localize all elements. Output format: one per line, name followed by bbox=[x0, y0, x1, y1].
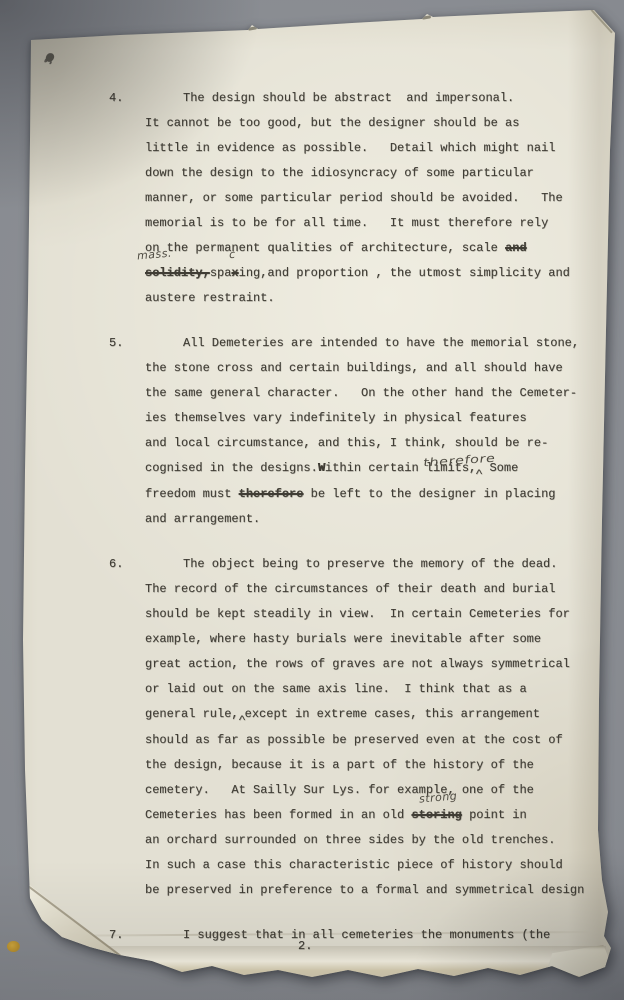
paragraph: 5.All Demeteries are intended to have th… bbox=[145, 331, 615, 532]
typed-line: The object being to preserve the memory … bbox=[145, 552, 615, 577]
cut-corner-top-right bbox=[591, 9, 613, 33]
typed-text: I suggest that in all cemeteries the mon… bbox=[183, 928, 550, 942]
typed-text: be left to the designer in placing bbox=[303, 487, 555, 501]
typed-line: cemetery. At Sailly Sur Lys. for example… bbox=[145, 778, 615, 803]
typed-text: or laid out on the same axis line. I thi… bbox=[145, 682, 527, 696]
typed-text: down the design to the idiosyncracy of s… bbox=[145, 166, 534, 180]
paragraph-number: 7. bbox=[109, 923, 123, 948]
typed-text: should be kept steadily in view. In cert… bbox=[145, 607, 570, 621]
typed-line: memorial is to be for all time. It must … bbox=[145, 211, 615, 236]
typed-text-layer: 4.The design should be abstract and impe… bbox=[145, 86, 615, 968]
scanned-document-backdrop: 4.The design should be abstract and impe… bbox=[0, 0, 624, 1000]
struck-text: solidity,mass. bbox=[145, 266, 210, 280]
typed-line: In such a case this characteristic piece… bbox=[145, 853, 615, 878]
edge-tear-notch bbox=[248, 26, 257, 31]
paragraph-list: 4.The design should be abstract and impe… bbox=[145, 86, 615, 948]
struck-text: xc bbox=[231, 266, 238, 280]
typed-line: and local circumstance, and this, I thin… bbox=[145, 431, 615, 456]
paragraph: 7.I suggest that in all cemeteries the m… bbox=[145, 923, 615, 948]
typed-line: I suggest that in all cemeteries the mon… bbox=[145, 923, 615, 948]
typed-text: All Demeteries are intended to have the … bbox=[183, 336, 579, 350]
typed-line: The design should be abstract and impers… bbox=[145, 86, 615, 111]
typed-line: the stone cross and certain buildings, a… bbox=[145, 356, 615, 381]
typed-text: Some bbox=[482, 461, 518, 475]
document-page: 4.The design should be abstract and impe… bbox=[0, 0, 624, 1000]
typed-line: down the design to the idiosyncracy of s… bbox=[145, 161, 615, 186]
typed-line: on the permanent qualities of architectu… bbox=[145, 236, 615, 261]
paper-shadow-wrap: 4.The design should be abstract and impe… bbox=[0, 0, 624, 1000]
typed-text: be preserved in preference to a formal a… bbox=[145, 883, 584, 897]
typed-text: Cemeteries has been formed in an old bbox=[145, 808, 411, 822]
typed-text: freedom must bbox=[145, 487, 239, 501]
handwritten-annotation: mass. bbox=[136, 241, 173, 269]
typed-line: the design, because it is a part of the … bbox=[145, 753, 615, 778]
typed-line: solidity,mass.spaxcing,and proportion , … bbox=[145, 261, 615, 286]
typed-line: little in evidence as possible. Detail w… bbox=[145, 136, 615, 161]
typed-line: austere restraint. bbox=[145, 286, 615, 311]
typed-text: ies themselves vary indefinitely in phys… bbox=[145, 411, 527, 425]
typed-line: the same general character. On the other… bbox=[145, 381, 615, 406]
typed-text: the stone cross and certain buildings, a… bbox=[145, 361, 563, 375]
typed-text: W bbox=[318, 461, 325, 475]
typed-line: manner, or some particular period should… bbox=[145, 186, 615, 211]
struck-text: therefore bbox=[239, 487, 304, 501]
typed-line: should as far as possible be preserved e… bbox=[145, 728, 615, 753]
typed-line: and arrangement. bbox=[145, 507, 615, 532]
typed-text: the design, because it is a part of the … bbox=[145, 758, 534, 772]
struck-text: storingstrong bbox=[411, 808, 461, 822]
struck-text: and bbox=[505, 241, 527, 255]
typed-text: little in evidence as possible. Detail w… bbox=[145, 141, 555, 155]
typed-line: general rule,^except in extreme cases, t… bbox=[145, 702, 615, 728]
edge-tear-notch bbox=[422, 15, 431, 20]
handwritten-annotation: strong bbox=[418, 783, 458, 811]
typed-text: cemetery. At Sailly Sur Lys. for example… bbox=[145, 783, 534, 797]
typed-line: The record of the circumstances of their… bbox=[145, 577, 615, 602]
typed-text: ing,and proportion , the utmost simplici… bbox=[239, 266, 570, 280]
typed-text: The object being to preserve the memory … bbox=[183, 557, 557, 571]
paragraph: 4.The design should be abstract and impe… bbox=[145, 86, 615, 311]
typed-text: It cannot be too good, but the designer … bbox=[145, 116, 519, 130]
typed-text: the same general character. On the other… bbox=[145, 386, 577, 400]
typed-text: should as far as possible be preserved e… bbox=[145, 733, 563, 747]
typed-line: All Demeteries are intended to have the … bbox=[145, 331, 615, 356]
typed-text: except in extreme cases, this arrangemen… bbox=[245, 707, 540, 721]
typed-text: example, where hasty burials were inevit… bbox=[145, 632, 541, 646]
ink-blot-mark bbox=[45, 52, 55, 63]
typed-line: be preserved in preference to a formal a… bbox=[145, 878, 615, 903]
paragraph-number: 6. bbox=[109, 552, 123, 577]
typed-line: should be kept steadily in view. In cert… bbox=[145, 602, 615, 627]
paragraph-number: 4. bbox=[109, 86, 123, 111]
typed-line: cognised in the designs.Within certain l… bbox=[145, 456, 615, 482]
typed-text: general rule, bbox=[145, 707, 239, 721]
typed-line: It cannot be too good, but the designer … bbox=[145, 111, 615, 136]
typed-text: The record of the circumstances of their… bbox=[145, 582, 555, 596]
typed-line: or laid out on the same axis line. I thi… bbox=[145, 677, 615, 702]
typed-line: ies themselves vary indefinitely in phys… bbox=[145, 406, 615, 431]
typed-line: an orchard surrounded on three sides by … bbox=[145, 828, 615, 853]
typed-text: on the permanent qualities of architectu… bbox=[145, 241, 505, 255]
typed-text: memorial is to be for all time. It must … bbox=[145, 216, 548, 230]
typed-text: point in bbox=[462, 808, 527, 822]
typed-text: cognised in the designs. bbox=[145, 461, 318, 475]
typed-text: spa bbox=[210, 266, 232, 280]
paragraph-number: 5. bbox=[109, 331, 123, 356]
typed-line: freedom must therefore be left to the de… bbox=[145, 482, 615, 507]
page-number: 2. bbox=[298, 939, 312, 953]
paragraph: 6.The object being to preserve the memor… bbox=[145, 552, 615, 903]
typed-text: manner, or some particular period should… bbox=[145, 191, 563, 205]
typed-text: and arrangement. bbox=[145, 512, 260, 526]
typed-line: Cemeteries has been formed in an old sto… bbox=[145, 803, 615, 828]
stain-spot bbox=[7, 941, 20, 952]
typed-text: The design should be abstract and impers… bbox=[183, 91, 514, 105]
typed-line: example, where hasty burials were inevit… bbox=[145, 627, 615, 652]
typed-text: an orchard surrounded on three sides by … bbox=[145, 833, 555, 847]
typed-text: austere restraint. bbox=[145, 291, 275, 305]
typed-text: great action, the rows of graves are not… bbox=[145, 657, 570, 671]
typed-line: great action, the rows of graves are not… bbox=[145, 652, 615, 677]
typed-text: In such a case this characteristic piece… bbox=[145, 858, 563, 872]
